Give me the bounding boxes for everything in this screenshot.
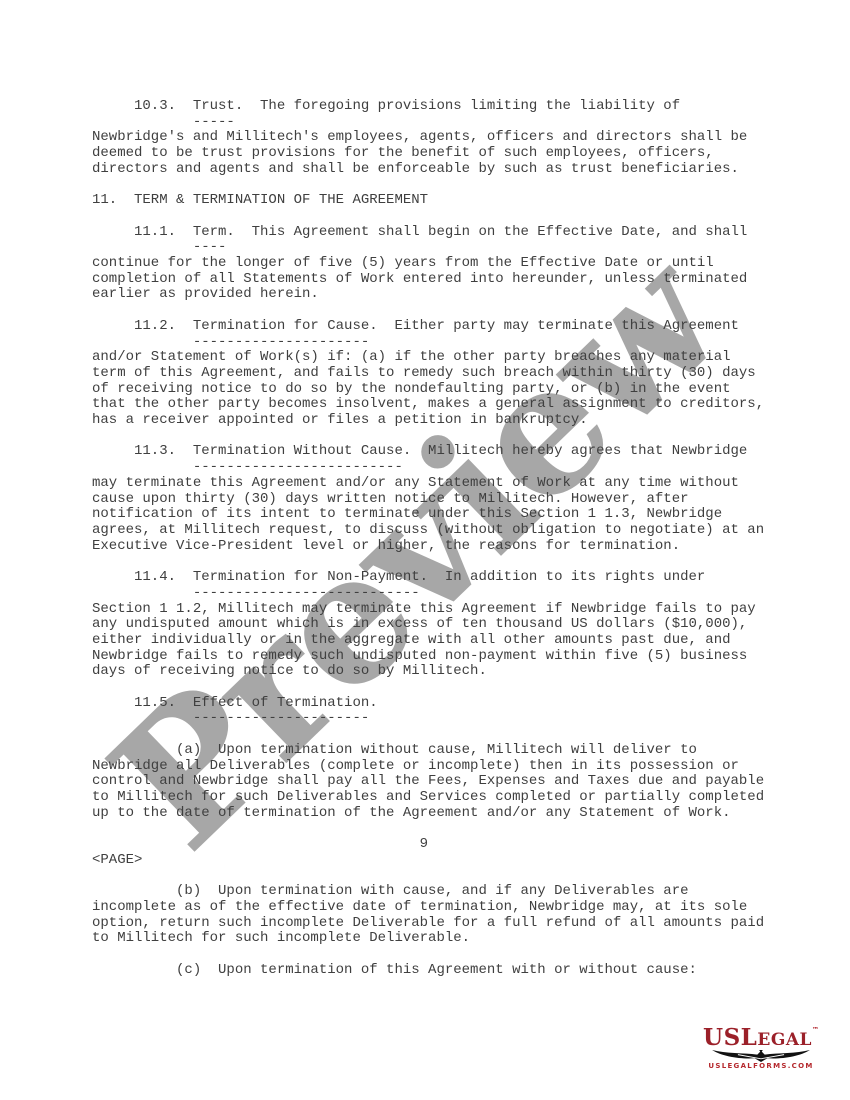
document-text: 10.3. Trust. The foregoing provisions li… <box>92 99 764 978</box>
uslegal-website[interactable]: USLEGALFORMS.COM <box>696 1063 826 1070</box>
eagle-wings-icon <box>709 1050 813 1062</box>
uslegal-wordmark-large: USL <box>703 1024 757 1051</box>
uslegal-logo[interactable]: USLEGAL™ USLEGALFORMS.COM <box>696 1026 826 1070</box>
uslegal-wordmark-small: EGAL <box>757 1030 812 1050</box>
trademark-symbol: ™ <box>812 1026 819 1034</box>
uslegal-wordmark: USLEGAL™ <box>696 1026 826 1049</box>
document-page: Preview 10.3. Trust. The foregoing provi… <box>0 0 850 1100</box>
